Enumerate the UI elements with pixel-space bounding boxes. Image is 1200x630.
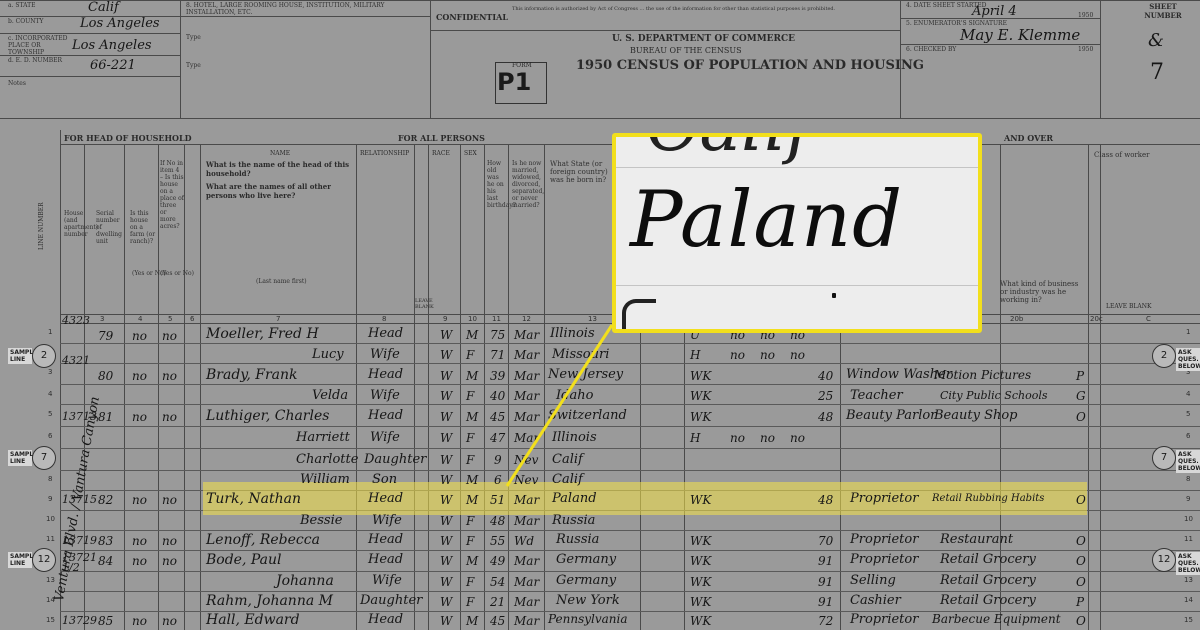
zoom-dot [832, 293, 836, 298]
census-sheet: a. STATE Calif b. COUNTY Los Angeles c. … [0, 0, 1200, 630]
zoom-word: Paland [630, 175, 903, 265]
callout-connector-line [0, 0, 1200, 630]
zoom-callout: Calif Paland [612, 133, 982, 333]
zoom-partial-above: Calif [646, 133, 812, 167]
zoom-partial-below [622, 299, 656, 333]
